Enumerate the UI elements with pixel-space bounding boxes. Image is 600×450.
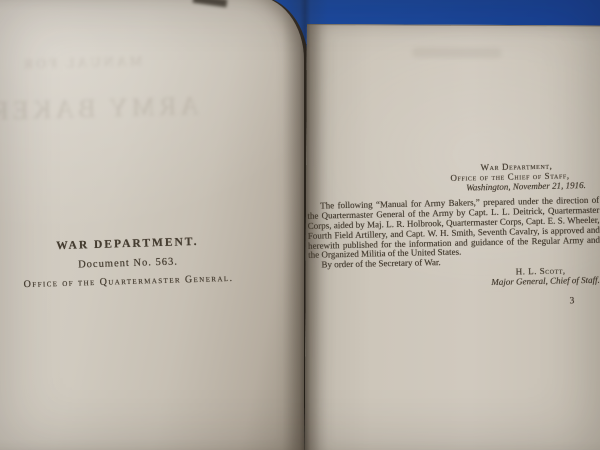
left-page: MANUAL FOR ARMY BAKERS (0, 0, 304, 450)
left-page-imprint: WAR DEPARTMENT. Document No. 563. Office… (13, 235, 242, 291)
approval-paragraph: The following “Manual for Army Bakers,” … (307, 196, 600, 261)
show-through-smudge (412, 48, 502, 58)
document-number-line: Document No. 563. (14, 255, 242, 273)
show-through-title-line2: ARMY BAKERS (0, 91, 199, 127)
show-through-title-line1: MANUAL FOR (14, 54, 149, 74)
right-page-text: War Department, Office of the Chief of S… (306, 161, 600, 312)
book-photo: MANUAL FOR ARMY BAKERS WAR DEPARTMENT. D… (0, 0, 600, 450)
right-page: War Department, Office of the Chief of S… (305, 24, 600, 450)
page-number: 3 (309, 296, 600, 312)
